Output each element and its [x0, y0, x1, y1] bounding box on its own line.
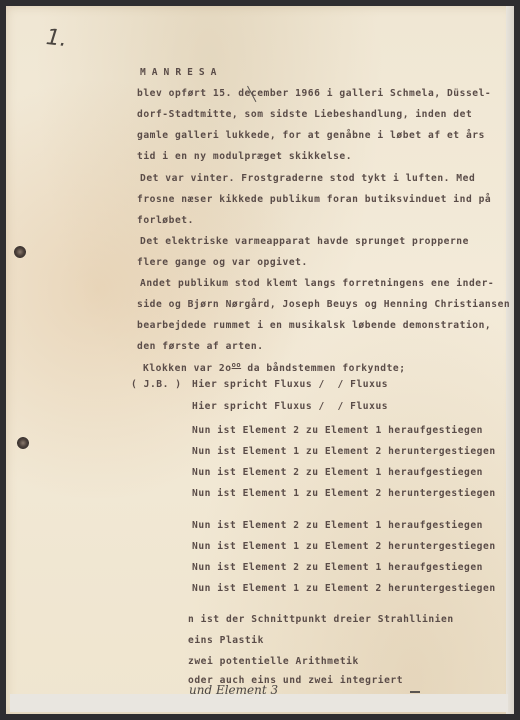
- text-line: tid i en ny modulpræget skikkelse.: [137, 151, 352, 162]
- element-line: Nun ist Element 1 zu Element 2 herunterg…: [192, 583, 496, 594]
- text-line: Det elektriske varmeapparat havde sprung…: [140, 236, 469, 247]
- element-line: Nun ist Element 1 zu Element 2 herunterg…: [192, 446, 496, 457]
- time-line: Klokken var 2ooo da båndstemmen forkyndt…: [143, 361, 406, 374]
- element-line: Nun ist Element 2 zu Element 1 heraufges…: [192, 467, 483, 478]
- text-line: forløbet.: [137, 215, 194, 226]
- document-title: MANRESA: [140, 67, 222, 78]
- pen-mark: [410, 691, 420, 693]
- closing-line: n ist der Schnittpunkt dreier Strahllini…: [188, 614, 454, 625]
- element-line: Nun ist Element 1 zu Element 2 herunterg…: [192, 541, 496, 552]
- time-superscript: oo: [232, 361, 242, 369]
- fluxus-line: Hier spricht Fluxus / / Fluxus: [192, 401, 388, 412]
- text-line: Andet publikum stod klemt langs forretni…: [140, 278, 494, 289]
- handwritten-note: und Element 3: [189, 683, 278, 697]
- fluxus-line: Hier spricht Fluxus / / Fluxus: [192, 379, 388, 390]
- text-line: blev opført 15. december 1966 i galleri …: [137, 88, 491, 99]
- element-line: Nun ist Element 1 zu Element 2 herunterg…: [192, 488, 496, 499]
- handwritten-page-number: 1.: [45, 25, 68, 52]
- text-line: flere gange og var opgivet.: [137, 257, 308, 268]
- punch-hole-icon: [17, 437, 29, 449]
- text-line: den første af arten.: [137, 341, 264, 352]
- text-line: bearbejdede rummet i en musikalsk løbend…: [137, 320, 491, 331]
- closing-line: zwei potentielle Arithmetik: [188, 656, 359, 667]
- closing-line: eins Plastik: [188, 635, 264, 646]
- speaker-label: ( J.B. ): [131, 379, 182, 390]
- page-edge: [506, 6, 514, 714]
- element-line: Nun ist Element 2 zu Element 1 heraufges…: [192, 562, 483, 573]
- text-line: Det var vinter. Frostgraderne stod tykt …: [140, 173, 475, 184]
- text-line: dorf-Stadtmitte, som sidste Liebeshandlu…: [137, 109, 472, 120]
- punch-hole-icon: [14, 246, 26, 258]
- text-line: frosne næser kikkede publikum foran buti…: [137, 194, 491, 205]
- text-line: gamle galleri lukkede, for at genåbne i …: [137, 130, 485, 141]
- element-line: Nun ist Element 2 zu Element 1 heraufges…: [192, 520, 483, 531]
- text-line: side og Bjørn Nørgård, Joseph Beuys og H…: [137, 299, 510, 310]
- time-suffix: da båndstemmen forkyndte;: [241, 363, 405, 374]
- element-line: Nun ist Element 2 zu Element 1 heraufges…: [192, 425, 483, 436]
- time-prefix: Klokken var 2: [143, 363, 225, 374]
